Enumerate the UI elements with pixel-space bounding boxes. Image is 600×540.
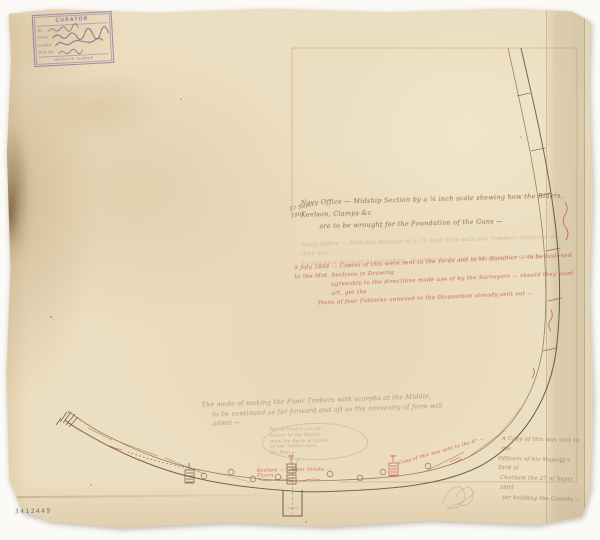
chatham-annotation-line: Chatham the 27 of Septr 1805 (499, 474, 583, 496)
stamp-inner-border: CURATOR No. DATE CLASS BOX No. (34, 13, 112, 65)
stamp-label: DATE (38, 36, 49, 41)
chatham-annotation: A Copy of this was sent to the Officers … (497, 435, 585, 506)
chatham-annotation-line: Officers of his Majesty's Yard at (498, 454, 584, 476)
stamp-label: No. (37, 28, 44, 32)
chatham-annotation-line: for building the Canada — (502, 494, 583, 506)
scanned-plan-page: CURATOR No. DATE CLASS BOX No. (0, 0, 600, 540)
bubble-annotation: Not to have a scarph nearer to the Middl… (262, 422, 369, 461)
archive-number-stamp: 3412449 (15, 508, 52, 516)
curator-stamp: CURATOR No. DATE CLASS BOX No. (32, 11, 115, 67)
chatham-annotation-line: A Copy of this was sent to the (501, 435, 584, 457)
paper-stain (2, 182, 18, 244)
paper-crease (4, 494, 284, 498)
bubble-annotation-line: the Keel — (270, 449, 360, 456)
paper-specks (50, 316, 52, 318)
stamp-label: CLASS (38, 43, 51, 48)
stamp-label: BOX No. (39, 50, 55, 55)
band-keelson-note: Keelson — Limber Strake — Floors (257, 467, 345, 479)
